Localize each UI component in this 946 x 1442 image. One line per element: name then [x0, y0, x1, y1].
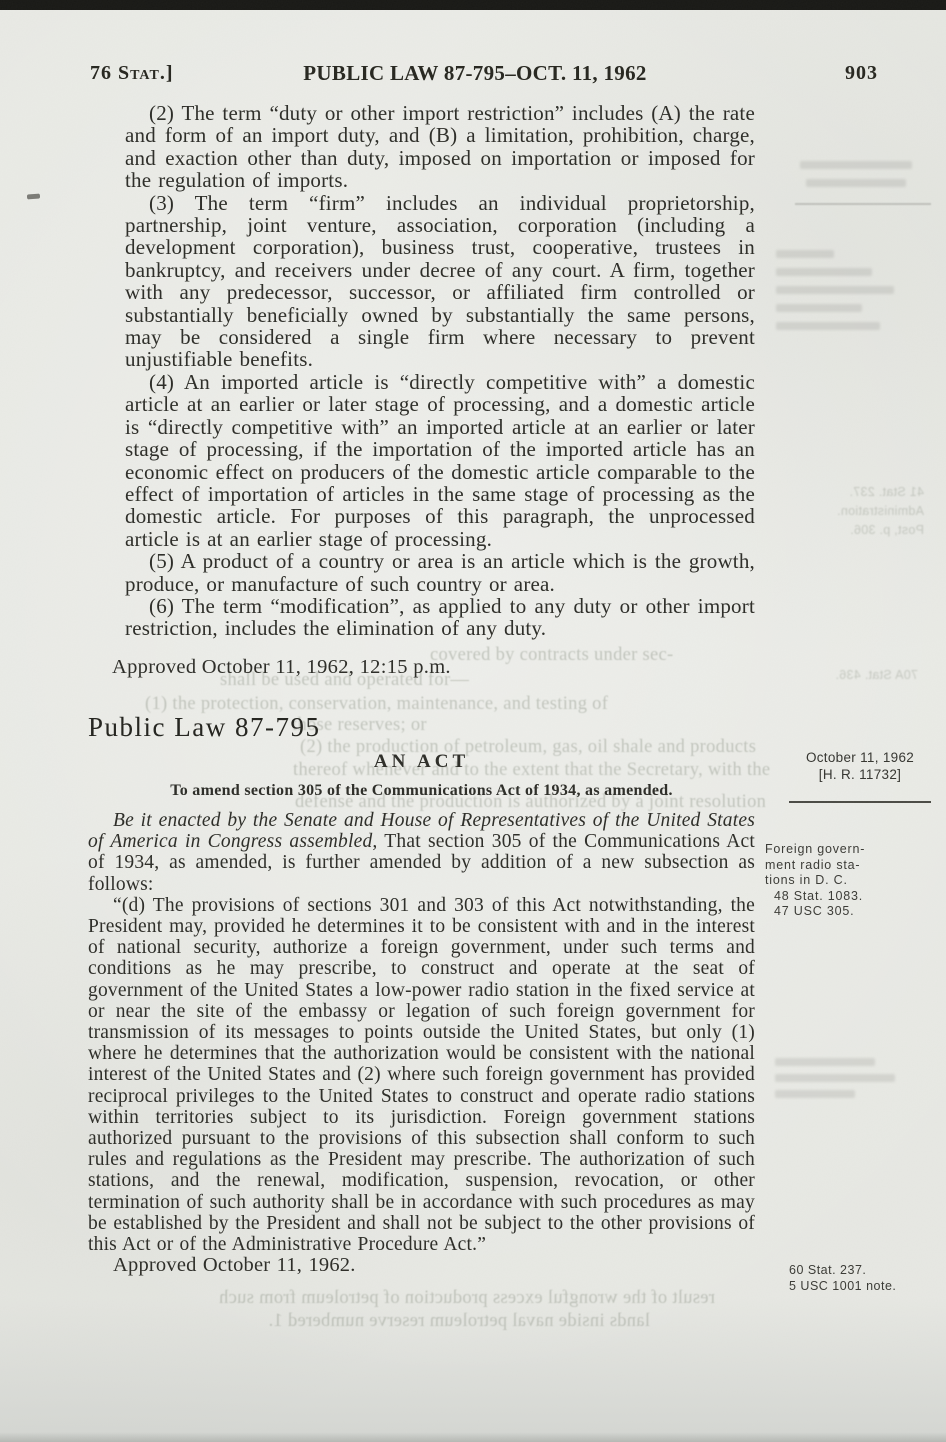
bleed-through-artifact — [775, 1058, 875, 1066]
bleed-through-line: covered by contracts under sec- — [430, 645, 674, 666]
bleed-through-artifact — [776, 286, 894, 294]
scan-edge-top — [0, 0, 946, 10]
running-head-title: PUBLIC LAW 87-795–OCT. 11, 1962 — [180, 61, 770, 86]
margin-note-rule — [789, 801, 931, 803]
margin-note-line: tions in D. C. — [765, 873, 935, 889]
approval-line-previous-act: Approved October 11, 1962, 12:15 p.m. — [112, 656, 451, 679]
margin-note-line: ment radio sta- — [765, 858, 935, 874]
paragraph-definition-3: (3) The term “firm” includes an individu… — [125, 192, 755, 371]
paragraph-definition-2: (2) The term “duty or other import restr… — [125, 102, 755, 192]
bleed-through-artifact — [776, 250, 834, 258]
bleed-through-artifact — [776, 268, 872, 276]
paragraph-definition-4: (4) An imported article is “directly com… — [125, 371, 755, 550]
margin-note-citation: 5 USC 1001 note. — [789, 1279, 946, 1295]
bleed-through-artifact — [806, 179, 906, 187]
margin-note-date-bill: October 11, 1962 [H. R. 11732] — [787, 749, 933, 783]
bleed-through-margin-note: 70A Stat. 436. — [788, 666, 918, 685]
bleed-through-artifact — [776, 322, 880, 330]
bleed-through-artifact — [800, 161, 912, 169]
scanned-statute-page: 76 Stat.] PUBLIC LAW 87-795–OCT. 11, 196… — [0, 0, 946, 1442]
approval-line: Approved October 11, 1962. — [88, 1255, 755, 1276]
bleed-through-text: Administration. — [768, 502, 924, 521]
bleed-through-artifact — [775, 1090, 855, 1098]
margin-note-apa-citation: 60 Stat. 237. 5 USC 1001 note. — [789, 1263, 946, 1294]
margin-note-citation: 60 Stat. 237. — [789, 1263, 946, 1279]
act-subtitle: To amend section 305 of the Communicatio… — [88, 782, 755, 800]
scan-edge-bottom — [0, 1432, 946, 1442]
scan-artifact-speck — [27, 194, 40, 200]
paragraph-definition-6: (6) The term “modification”, as applied … — [125, 595, 755, 640]
date-note-line: October 11, 1962 — [787, 749, 933, 766]
bleed-through-text: 41 Stat. 237. — [768, 483, 924, 502]
bleed-through-artifact — [776, 304, 862, 312]
definitions-section: (2) The term “duty or other import restr… — [125, 102, 755, 640]
bleed-through-line-mirrored: result of the wrongful excess production… — [170, 1288, 715, 1309]
margin-note-citation: 48 Stat. 1083. — [765, 889, 935, 905]
bleed-through-margin-note: 41 Stat. 237. Administration. Post, p. 3… — [768, 483, 924, 540]
enacting-clause: Be it enacted by the Senate and House of… — [88, 810, 755, 895]
page-number: 903 — [845, 62, 878, 85]
margin-note-line: Foreign govern- — [765, 842, 935, 858]
subsection-d-paragraph: “(d) The provisions of sections 301 and … — [88, 895, 755, 1255]
bleed-through-artifact — [795, 203, 931, 205]
margin-note-foreign-stations: Foreign govern- ment radio sta- tions in… — [765, 842, 935, 920]
paragraph-definition-5: (5) A product of a country or area is an… — [125, 550, 755, 595]
act-body-section: Be it enacted by the Senate and House of… — [88, 810, 755, 1276]
bleed-through-text: Post, p. 306. — [768, 521, 924, 540]
bleed-through-line-mirrored: lands inside naval petroleum reserve num… — [210, 1311, 650, 1332]
bleed-through-artifact — [775, 1074, 895, 1082]
bill-number-line: [H. R. 11732] — [787, 766, 933, 783]
margin-note-citation: 47 USC 305. — [765, 904, 935, 920]
an-act-heading: AN ACT — [88, 751, 755, 773]
volume-label: 76 Stat.] — [90, 62, 174, 85]
public-law-heading: Public Law 87-795 — [88, 712, 320, 743]
